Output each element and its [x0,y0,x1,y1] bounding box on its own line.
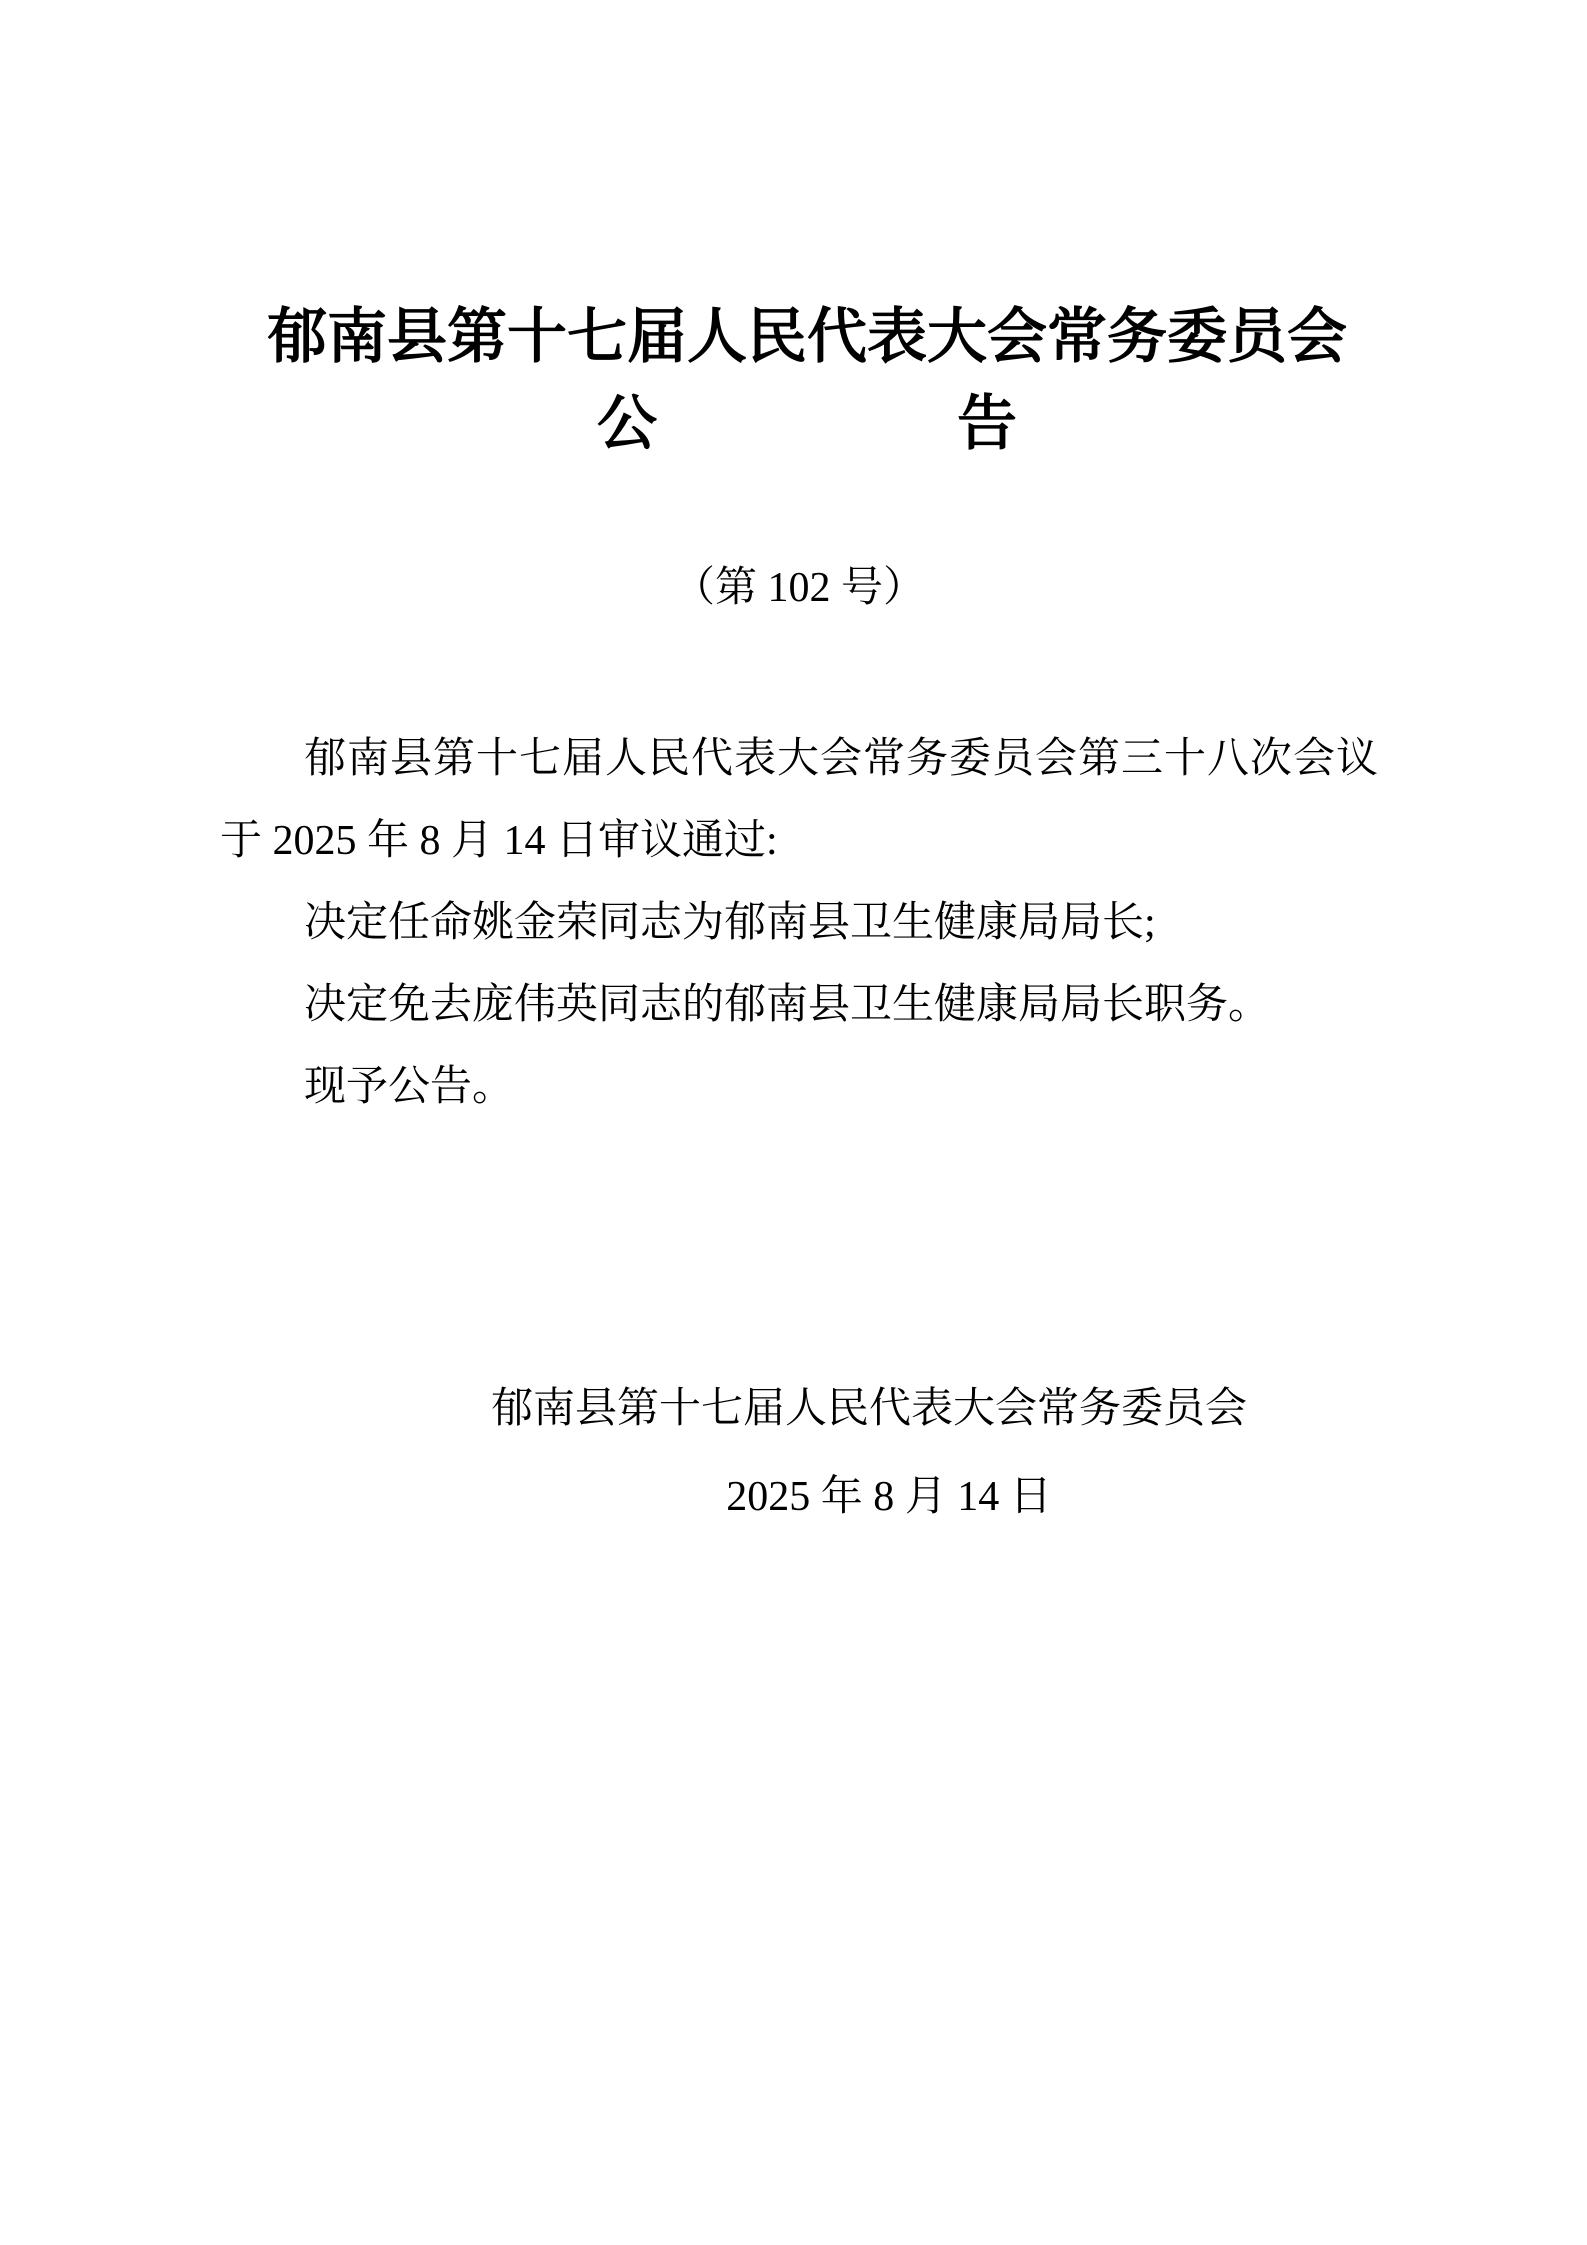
signature-organization: 郁南县第十七届人民代表大会常务委员会 [290,1365,1448,1453]
signature-date: 2025 年 8 月 14 日 [310,1453,1468,1541]
body-paragraph-dismissal: 决定免去庞伟英同志的郁南县卫生健康局局长职务。 [220,964,1378,1046]
document-page: 郁南县第十七届人民代表大会常务委员会 公 告 （第 102 号） 郁南县第十七届… [0,0,1587,2245]
body-paragraph-closing: 现予公告。 [220,1046,1378,1128]
body-paragraph-meeting: 郁南县第十七届人民代表大会常务委员会第三十八次会议于 2025 年 8 月 14… [220,718,1378,882]
document-title-line1: 郁南县第十七届人民代表大会常务委员会 [228,294,1386,381]
document-number: （第 102 号） [220,558,1378,618]
document-footer: 郁南县第十七届人民代表大会常务委员会 2025 年 8 月 14 日 [220,1365,1378,1541]
document-title-line2: 公 告 [228,381,1386,468]
document-title: 郁南县第十七届人民代表大会常务委员会 公 告 [228,294,1386,468]
body-paragraph-appointment: 决定任命姚金荣同志为郁南县卫生健康局局长; [220,882,1378,964]
document-body: 郁南县第十七届人民代表大会常务委员会第三十八次会议于 2025 年 8 月 14… [220,718,1378,1128]
